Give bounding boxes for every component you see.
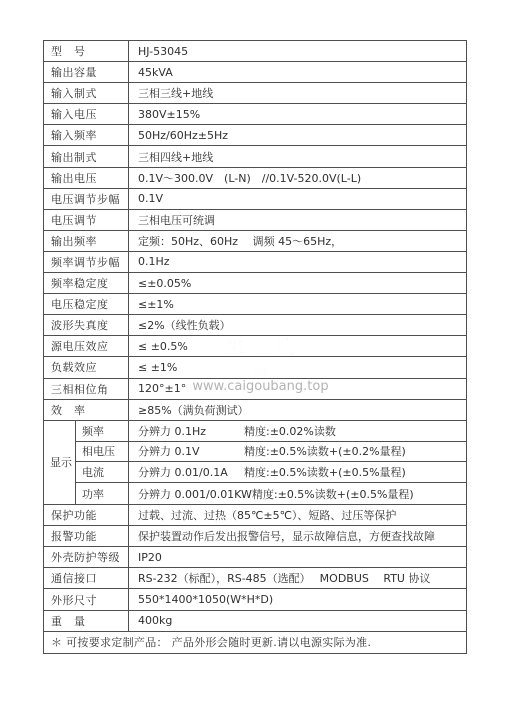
table-row: 保护功能过载、过流、过热（85℃±5℃）、短路、过压等保护 bbox=[44, 505, 466, 526]
row-label: 输入电压 bbox=[44, 104, 129, 124]
display-param-label: 电流 bbox=[76, 462, 129, 482]
accuracy-value: 精度:±0.02%读数 bbox=[244, 423, 336, 439]
row-label: 输入制式 bbox=[44, 83, 129, 103]
display-group-label: 显示 bbox=[44, 421, 76, 504]
row-value: 0.1V～300.0V (L-N) //0.1V-520.0V(L-L) bbox=[129, 168, 466, 188]
table-row: 通信接口RS-232（标配），RS-485（选配） MODBUS RTU 协议 bbox=[44, 568, 466, 589]
table-row: 频率稳定度≤±0.05% bbox=[44, 273, 466, 294]
display-values: 分辨力 0.01/0.1A精度:±0.5%读数+(±0.5%量程) bbox=[129, 462, 466, 482]
table-row: 外形尺寸550*1400*1050(W*H*D) bbox=[44, 589, 466, 610]
row-label: 型 号 bbox=[44, 41, 129, 61]
table-row: 频率调节步幅0.1Hz bbox=[44, 252, 466, 273]
row-value: 保护装置动作后发出报警信号，显示故障信息，方便查找故障 bbox=[129, 526, 466, 546]
row-label: 频率稳定度 bbox=[44, 273, 129, 293]
table-row: 输出频率定频：50Hz、60Hz 调频 45～65Hz， bbox=[44, 231, 466, 252]
row-value: HJ-53045 bbox=[129, 41, 466, 61]
row-value: 三相电压可统调 bbox=[129, 210, 466, 230]
row-label: 外壳防护等级 bbox=[44, 547, 129, 567]
row-value: ≥85%（满负荷测试） bbox=[129, 400, 466, 420]
table-row: 输入频率50Hz/60Hz±5Hz bbox=[44, 125, 466, 146]
row-value: 45kVA bbox=[129, 62, 466, 82]
table-row: 负载效应≤ ±1% bbox=[44, 357, 466, 378]
table-row: 三相相位角120°±1° bbox=[44, 379, 466, 400]
row-value: ≤2%（线性负载） bbox=[129, 315, 466, 335]
row-value: ≤ ±1% bbox=[129, 357, 466, 377]
table-row: 波形失真度≤2%（线性负载） bbox=[44, 315, 466, 336]
row-label: 输出容量 bbox=[44, 62, 129, 82]
display-param-label: 功率 bbox=[76, 483, 129, 504]
table-row: 电压调节三相电压可统调 bbox=[44, 210, 466, 231]
row-label: 外形尺寸 bbox=[44, 589, 129, 609]
row-label: 电压调节步幅 bbox=[44, 189, 129, 209]
display-param-label: 相电压 bbox=[76, 442, 129, 462]
display-values: 分辨力 0.001/0.01KW精度:±0.5%读数+(±0.5%量程) bbox=[129, 483, 466, 504]
row-label: 输出频率 bbox=[44, 231, 129, 251]
table-row: 外壳防护等级IP20 bbox=[44, 547, 466, 568]
row-value: 三相四线+地线 bbox=[129, 146, 466, 166]
table-row: 型 号HJ-53045 bbox=[44, 41, 466, 62]
row-label: 波形失真度 bbox=[44, 315, 129, 335]
display-values: 分辨力 0.1V精度:±0.5%读数+(±0.2%量程) bbox=[129, 442, 466, 462]
row-label: 负载效应 bbox=[44, 357, 129, 377]
row-value: 120°±1° bbox=[129, 379, 466, 399]
display-param-label: 频率 bbox=[76, 421, 129, 441]
row-value: 0.1V bbox=[129, 189, 466, 209]
footnote-text: ＊ 可按要求定制产品： 产品外形会随时更新.请以电源实际为准. bbox=[44, 632, 466, 654]
row-value: 三相三线+地线 bbox=[129, 83, 466, 103]
display-subrow: 相电压分辨力 0.1V精度:±0.5%读数+(±0.2%量程) bbox=[76, 442, 466, 463]
resolution-value: 分辨力 0.1V bbox=[138, 443, 244, 459]
accuracy-value: 精度:±0.5%读数+(±0.5%量程) bbox=[244, 464, 406, 480]
table-row: 输入制式三相三线+地线 bbox=[44, 83, 466, 104]
row-label: 效 率 bbox=[44, 400, 129, 420]
row-value: IP20 bbox=[129, 547, 466, 567]
resolution-value: 分辨力 0.001/0.01KW bbox=[138, 486, 252, 502]
accuracy-value: 精度:±0.5%读数+(±0.5%量程) bbox=[252, 486, 414, 502]
display-subrow: 电流分辨力 0.01/0.1A精度:±0.5%读数+(±0.5%量程) bbox=[76, 462, 466, 483]
table-row: 报警功能保护装置动作后发出报警信号，显示故障信息，方便查找故障 bbox=[44, 526, 466, 547]
row-label: 重 量 bbox=[44, 611, 129, 631]
row-label: 通信接口 bbox=[44, 568, 129, 588]
table-row: 输出容量45kVA bbox=[44, 62, 466, 83]
row-value: 50Hz/60Hz±5Hz bbox=[129, 125, 466, 145]
resolution-value: 分辨力 0.01/0.1A bbox=[138, 464, 244, 480]
table-row: 源电压效应≤ ±0.5% bbox=[44, 336, 466, 357]
display-group-row: 显示频率分辨力 0.1Hz精度:±0.02%读数相电压分辨力 0.1V精度:±0… bbox=[44, 421, 466, 505]
table-row: 重 量400kg bbox=[44, 611, 466, 632]
table-row: 效 率≥85%（满负荷测试） bbox=[44, 400, 466, 421]
row-label: 输出制式 bbox=[44, 146, 129, 166]
table-row: 输入电压380V±15% bbox=[44, 104, 466, 125]
resolution-value: 分辨力 0.1Hz bbox=[138, 423, 244, 439]
row-value: 0.1Hz bbox=[129, 252, 466, 272]
table-row: 电压调节步幅0.1V bbox=[44, 189, 466, 210]
row-label: 输出电压 bbox=[44, 168, 129, 188]
accuracy-value: 精度:±0.5%读数+(±0.2%量程) bbox=[244, 443, 406, 459]
row-label: 电压调节 bbox=[44, 210, 129, 230]
row-label: 源电压效应 bbox=[44, 336, 129, 356]
footnote-row: ＊ 可按要求定制产品： 产品外形会随时更新.请以电源实际为准. bbox=[44, 632, 466, 654]
row-label: 保护功能 bbox=[44, 505, 129, 525]
row-value: ≤±0.05% bbox=[129, 273, 466, 293]
table-row: 电压稳定度≤±1% bbox=[44, 294, 466, 315]
display-values: 分辨力 0.1Hz精度:±0.02%读数 bbox=[129, 421, 466, 441]
row-label: 电压稳定度 bbox=[44, 294, 129, 314]
row-label: 三相相位角 bbox=[44, 379, 129, 399]
spec-sheet-page: 型 号HJ-53045输出容量45kVA输入制式三相三线+地线输入电压380V±… bbox=[0, 0, 509, 720]
row-value: RS-232（标配），RS-485（选配） MODBUS RTU 协议 bbox=[129, 568, 466, 588]
spec-table: 型 号HJ-53045输出容量45kVA输入制式三相三线+地线输入电压380V±… bbox=[43, 40, 467, 654]
display-group-body: 频率分辨力 0.1Hz精度:±0.02%读数相电压分辨力 0.1V精度:±0.5… bbox=[76, 421, 466, 504]
display-subrow: 频率分辨力 0.1Hz精度:±0.02%读数 bbox=[76, 421, 466, 442]
display-subrow: 功率分辨力 0.001/0.01KW精度:±0.5%读数+(±0.5%量程) bbox=[76, 483, 466, 504]
table-row: 输出制式三相四线+地线 bbox=[44, 146, 466, 167]
row-value: ≤±1% bbox=[129, 294, 466, 314]
row-value: 550*1400*1050(W*H*D) bbox=[129, 589, 466, 609]
row-label: 输入频率 bbox=[44, 125, 129, 145]
row-value: ≤ ±0.5% bbox=[129, 336, 466, 356]
row-label: 报警功能 bbox=[44, 526, 129, 546]
row-value: 380V±15% bbox=[129, 104, 466, 124]
row-value: 定频：50Hz、60Hz 调频 45～65Hz， bbox=[129, 231, 466, 251]
table-row: 输出电压0.1V～300.0V (L-N) //0.1V-520.0V(L-L) bbox=[44, 168, 466, 189]
row-label: 频率调节步幅 bbox=[44, 252, 129, 272]
row-value: 过载、过流、过热（85℃±5℃）、短路、过压等保护 bbox=[129, 505, 466, 525]
row-value: 400kg bbox=[129, 611, 466, 631]
